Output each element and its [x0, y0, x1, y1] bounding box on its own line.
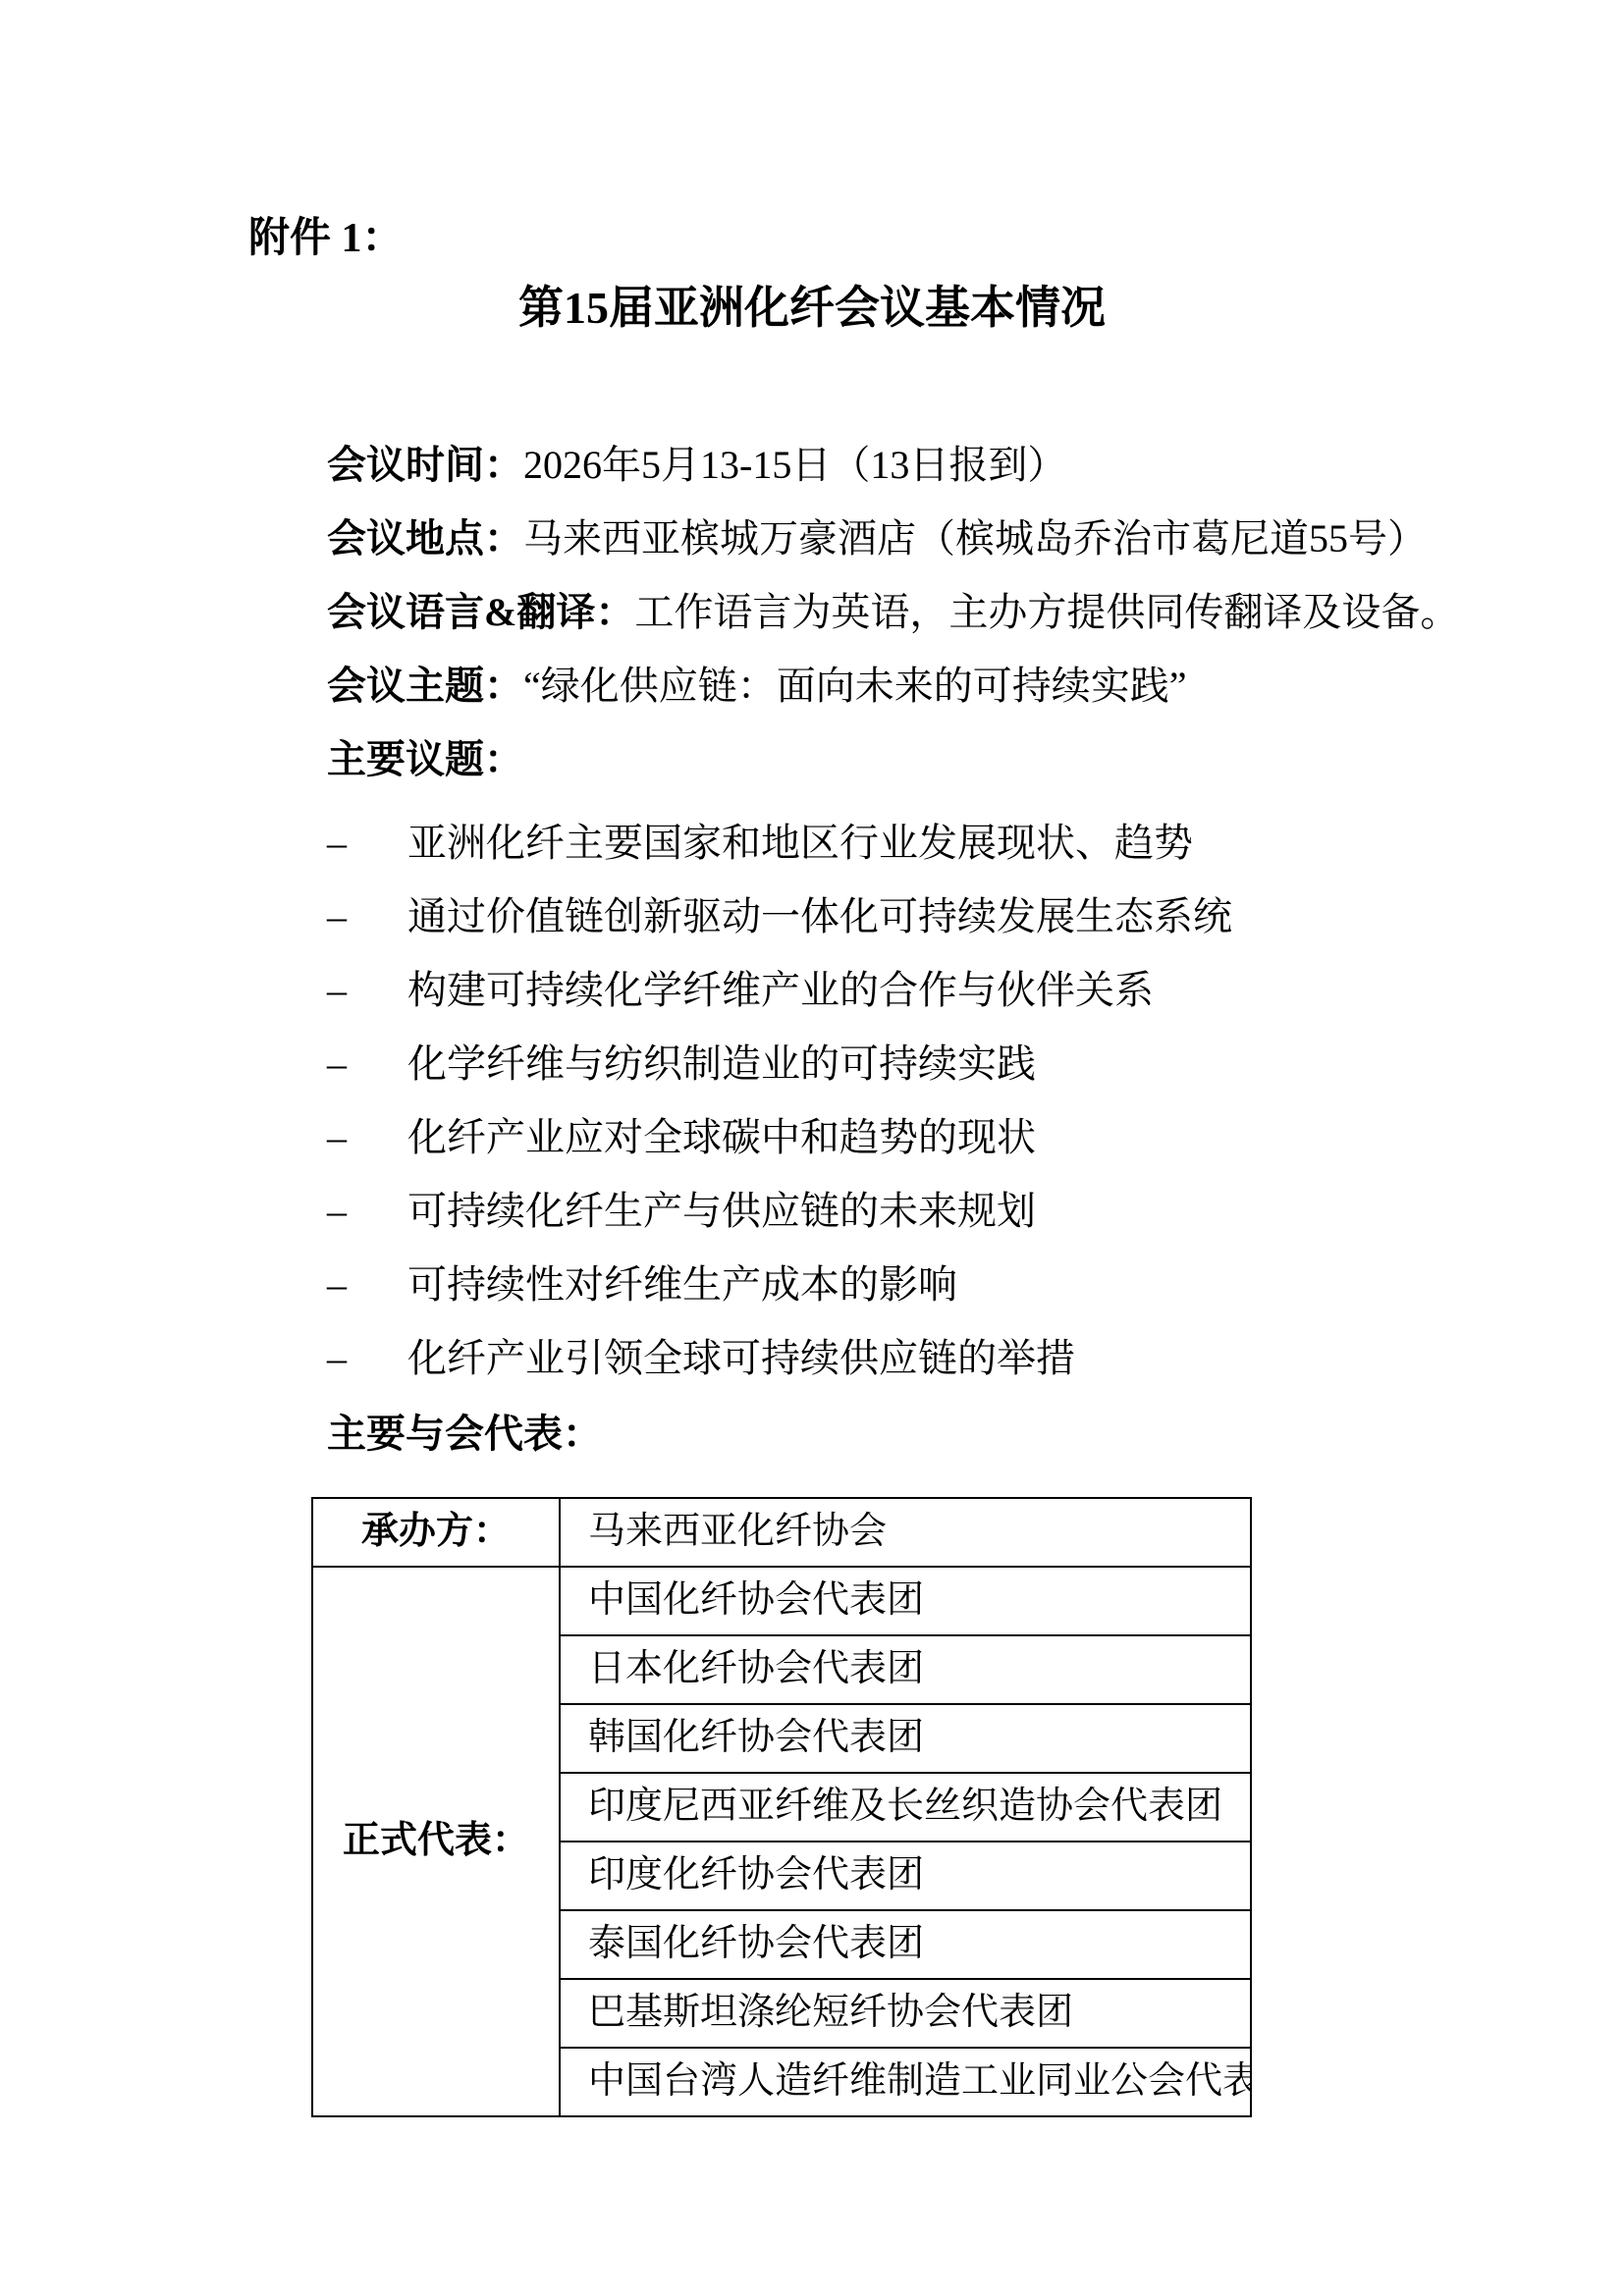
bullet-dash: – [327, 820, 407, 867]
info-label-venue: 会议地点： [327, 516, 523, 561]
info-value-time: 2026年5月13-15日（13日报到） [523, 443, 1066, 487]
info-label-theme: 会议主题： [327, 664, 523, 708]
info-line-language: 会议语言&翻译：工作语言为英语，主办方提供同传翻译及设备。 [327, 589, 1459, 636]
topic-text-5: 化纤产业应对全球碳中和趋势的现状 [407, 1115, 1036, 1159]
delegates-table: 承办方： 马来西亚化纤协会 正式代表： 中国化纤协会代表团 日本化纤协会代表团 … [311, 1497, 1252, 2117]
topics-heading: 主要议题： [327, 736, 523, 783]
bullet-dash: – [327, 1041, 407, 1088]
formal-delegate-cell-4: 印度尼西亚纤维及长丝织造协会代表团 [560, 1773, 1251, 1842]
formal-label-cell: 正式代表： [312, 1567, 560, 2116]
delegates-heading: 主要与会代表： [327, 1411, 602, 1458]
topic-item-6: –可持续化纤生产与供应链的未来规划 [327, 1188, 1036, 1235]
topic-item-8: –化纤产业引领全球可持续供应链的举措 [327, 1335, 1075, 1382]
topic-text-8: 化纤产业引领全球可持续供应链的举措 [407, 1336, 1075, 1380]
document-page: 附件 1： 第15届亚洲化纤会议基本情况 会议时间：2026年5月13-15日（… [0, 0, 1624, 2296]
organizer-label-cell: 承办方： [312, 1498, 560, 1567]
formal-delegate-cell-6: 泰国化纤协会代表团 [560, 1910, 1251, 1979]
info-line-venue: 会议地点：马来西亚槟城万豪酒店（槟城岛乔治市葛尼道55号） [327, 515, 1427, 562]
organizer-value-cell: 马来西亚化纤协会 [560, 1498, 1251, 1567]
topic-text-7: 可持续性对纤维生产成本的影响 [407, 1262, 957, 1307]
formal-delegate-cell-1: 中国化纤协会代表团 [560, 1567, 1251, 1635]
info-value-venue: 马来西亚槟城万豪酒店（槟城岛乔治市葛尼道55号） [523, 516, 1427, 561]
topic-item-3: –构建可持续化学纤维产业的合作与伙伴关系 [327, 967, 1154, 1014]
formal-delegate-cell-2: 日本化纤协会代表团 [560, 1635, 1251, 1704]
bullet-dash: – [327, 1261, 407, 1308]
bullet-dash: – [327, 1188, 407, 1235]
info-label-time: 会议时间： [327, 443, 523, 487]
attachment-label: 附件 1： [248, 214, 404, 263]
formal-delegate-cell-8: 中国台湾人造纤维制造工业同业公会代表团 [560, 2048, 1251, 2116]
formal-delegate-cell-7: 巴基斯坦涤纶短纤协会代表团 [560, 1979, 1251, 2048]
topic-item-7: –可持续性对纤维生产成本的影响 [327, 1261, 957, 1308]
bullet-dash: – [327, 1335, 407, 1382]
table-row: 正式代表： 中国化纤协会代表团 [312, 1567, 1251, 1635]
topic-text-6: 可持续化纤生产与供应链的未来规划 [407, 1189, 1036, 1233]
info-line-theme: 会议主题：“绿化供应链：面向未来的可持续实践” [327, 663, 1187, 710]
formal-delegate-cell-3: 韩国化纤协会代表团 [560, 1704, 1251, 1773]
info-line-time: 会议时间：2026年5月13-15日（13日报到） [327, 442, 1066, 489]
info-value-language: 工作语言为英语，主办方提供同传翻译及设备。 [634, 590, 1459, 634]
topic-item-5: –化纤产业应对全球碳中和趋势的现状 [327, 1114, 1036, 1161]
bullet-dash: – [327, 893, 407, 940]
page-title: 第15届亚洲化纤会议基本情况 [0, 281, 1624, 335]
bullet-dash: – [327, 967, 407, 1014]
table-row-organizer: 承办方： 马来西亚化纤协会 [312, 1498, 1251, 1567]
topic-item-4: –化学纤维与纺织制造业的可持续实践 [327, 1041, 1036, 1088]
topic-item-2: –通过价值链创新驱动一体化可持续发展生态系统 [327, 893, 1232, 940]
topic-text-4: 化学纤维与纺织制造业的可持续实践 [407, 1041, 1036, 1086]
info-label-language: 会议语言&翻译： [327, 590, 634, 634]
formal-delegate-cell-5: 印度化纤协会代表团 [560, 1842, 1251, 1910]
topic-text-1: 亚洲化纤主要国家和地区行业发展现状、趋势 [407, 821, 1193, 865]
bullet-dash: – [327, 1114, 407, 1161]
topic-text-2: 通过价值链创新驱动一体化可持续发展生态系统 [407, 894, 1232, 938]
info-value-theme: “绿化供应链：面向未来的可持续实践” [523, 664, 1187, 708]
topic-item-1: –亚洲化纤主要国家和地区行业发展现状、趋势 [327, 820, 1193, 867]
topic-text-3: 构建可持续化学纤维产业的合作与伙伴关系 [407, 968, 1154, 1012]
